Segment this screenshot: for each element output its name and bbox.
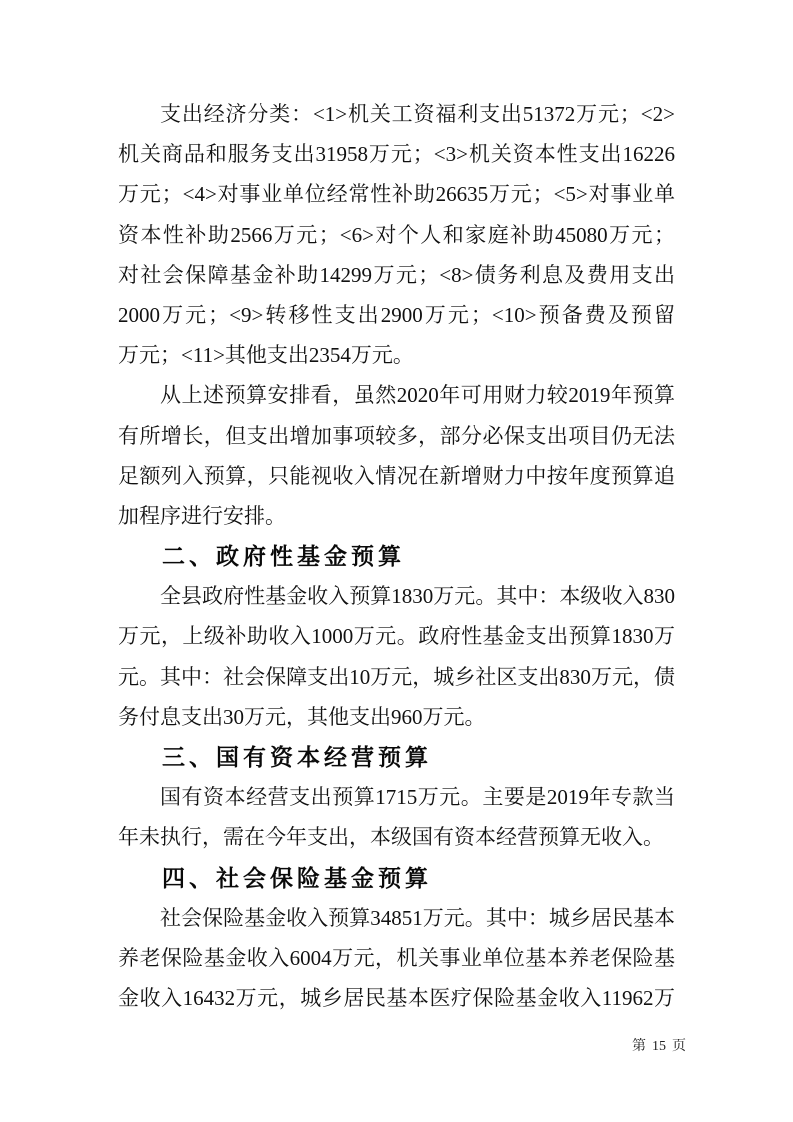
page-number-suffix: 页 <box>672 1039 686 1054</box>
page-number-prefix: 第 <box>632 1039 646 1054</box>
text-line: 全县政府性基金收入预算1830万元。其中：本级收入830 <box>118 576 675 616</box>
text-line: 有所增长，但支出增加事项较多，部分必保支出项目仍无法 <box>118 416 675 456</box>
paragraph: 全县政府性基金收入预算1830万元。其中：本级收入830万元，上级补助收入100… <box>118 576 675 737</box>
paragraph: 从上述预算安排看，虽然2020年可用财力较2019年预算有所增长，但支出增加事项… <box>118 375 675 536</box>
text-line: 元。其中：社会保障支出10万元，城乡社区支出830万元，债 <box>118 657 675 697</box>
page-footer: 第15页 <box>0 1038 686 1056</box>
text-line: 足额列入预算，只能视收入情况在新增财力中按年度预算追 <box>118 456 675 496</box>
text-line: 万元；<4>对事业单位经常性补助26635万元；<5>对事业单位 <box>118 174 675 214</box>
text-line: 万元；<11>其他支出2354万元。 <box>118 335 675 375</box>
heading-text: 四、社会保险基金预算 <box>118 858 675 898</box>
paragraph: 社会保险基金收入预算34851万元。其中：城乡居民基本养老保险基金收入6004万… <box>118 898 675 1019</box>
heading-text: 三、国有资本经营预算 <box>118 737 675 777</box>
document-body: 支出经济分类：<1>机关工资福利支出51372万元；<2>机关商品和服务支出31… <box>118 94 675 1018</box>
text-line: 机关商品和服务支出31958万元；<3>机关资本性支出16226 <box>118 134 675 174</box>
section-heading: 二、政府性基金预算 <box>118 536 675 576</box>
text-line: 2000万元；<9>转移性支出2900万元；<10>预备费及预留1800 <box>118 295 675 335</box>
text-line: 从上述预算安排看，虽然2020年可用财力较2019年预算 <box>118 375 675 415</box>
document-page: 支出经济分类：<1>机关工资福利支出51372万元；<2>机关商品和服务支出31… <box>0 0 793 1122</box>
text-line: 养老保险基金收入6004万元，机关事业单位基本养老保险基 <box>118 938 675 978</box>
text-line: 国有资本经营支出预算1715万元。主要是2019年专款当 <box>118 777 675 817</box>
page-number: 15 <box>652 1038 666 1056</box>
text-line: 社会保险基金收入预算34851万元。其中：城乡居民基本 <box>118 898 675 938</box>
text-line: 金收入16432万元，城乡居民基本医疗保险基金收入11962万 <box>118 978 675 1018</box>
paragraph: 支出经济分类：<1>机关工资福利支出51372万元；<2>机关商品和服务支出31… <box>118 94 675 375</box>
text-line: 对社会保障基金补助14299万元；<8>债务利息及费用支出 <box>118 255 675 295</box>
heading-text: 二、政府性基金预算 <box>118 536 675 576</box>
text-line: 资本性补助2566万元；<6>对个人和家庭补助45080万元；<7> <box>118 215 675 255</box>
section-heading: 四、社会保险基金预算 <box>118 858 675 898</box>
paragraph: 国有资本经营支出预算1715万元。主要是2019年专款当年未执行，需在今年支出，… <box>118 777 675 857</box>
text-line: 年未执行，需在今年支出，本级国有资本经营预算无收入。 <box>118 817 675 857</box>
text-line: 支出经济分类：<1>机关工资福利支出51372万元；<2> <box>118 94 675 134</box>
text-line: 加程序进行安排。 <box>118 496 675 536</box>
text-line: 务付息支出30万元，其他支出960万元。 <box>118 697 675 737</box>
text-line: 万元，上级补助收入1000万元。政府性基金支出预算1830万 <box>118 616 675 656</box>
section-heading: 三、国有资本经营预算 <box>118 737 675 777</box>
